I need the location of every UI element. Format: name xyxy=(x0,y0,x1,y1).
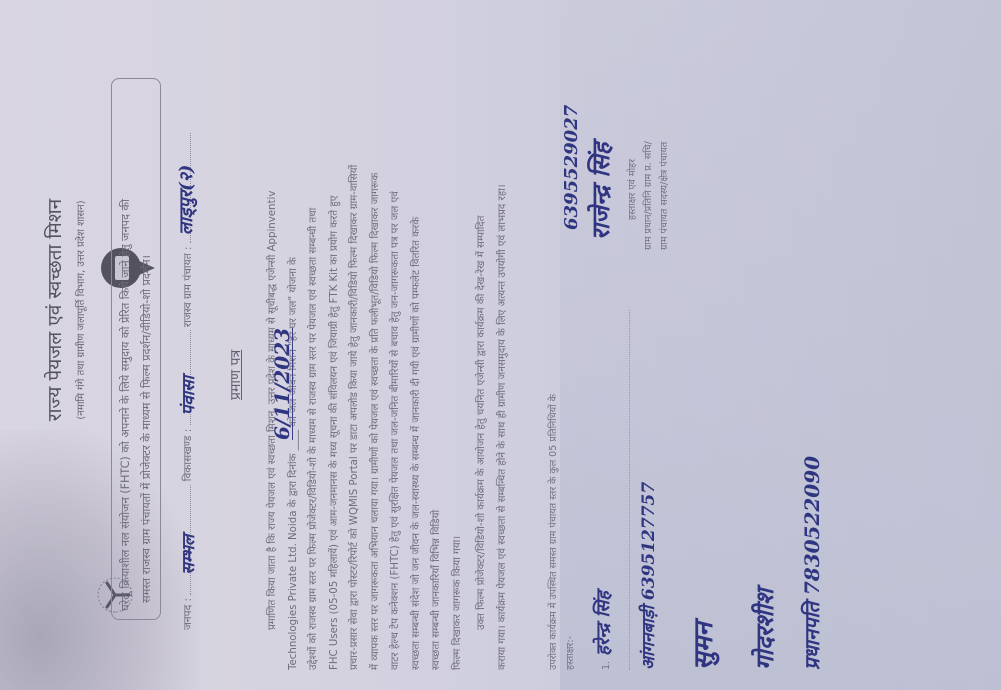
body-line: स्वच्छता सम्बन्धी संदेश जो जन जीवन के जल… xyxy=(407,20,428,670)
certificate-heading: प्रमाण पत्र xyxy=(226,350,245,400)
gram-panchayat-value: लाड्‌पुर(२) xyxy=(174,165,198,235)
body-line: Technologies Private Ltd. Noida के द्वार… xyxy=(284,20,305,670)
body-line: वाटर हेल्थ टेप कनेक्शन (FHTC) हेतु एवं स… xyxy=(386,20,407,670)
attendee-note: उपरोक्त कार्यक्रम में उपस्थित समस्त ग्रा… xyxy=(546,394,576,670)
attendee-name: सुमन xyxy=(689,622,719,670)
attendee-list: 1. हरेन्द्र सिंह आंगनबाड़ी 6395127757 सु… xyxy=(591,310,844,670)
attendee-name: हरेन्द्र सिंह xyxy=(593,591,614,656)
attendee-row: आंगनबाड़ी 6395127757 xyxy=(636,310,674,670)
signature-block: 6395529027 राजेन्द्र सिंह हस्ताक्षर एवं … xyxy=(561,20,670,250)
signature-caption-1: हस्ताक्षर एवं मोहर xyxy=(625,20,638,220)
attendee-row: सुमन xyxy=(684,310,734,670)
body-line: प्रचार-प्रसार सेवा द्वारा पोस्टर/रिपोर्ट… xyxy=(345,20,366,670)
signature-caption-3: ग्राम पंचायत सदस्य/क्षेत्र पंचायत xyxy=(657,20,670,250)
attendee-row: 1. हरेन्द्र सिंह xyxy=(591,310,630,670)
signatory-name: राजेन्द्र सिंह xyxy=(584,20,617,240)
signatory-phone: 6395529027 xyxy=(561,20,582,230)
certificate-body: प्रमाणित किया जाता है कि राज्य पेयजल एवं… xyxy=(263,20,513,670)
body-line: उक्त फिल्म प्रोजेक्टर/विडियो-शो कार्यक्र… xyxy=(472,20,493,670)
body-line: फिल्म दिखाकर जागरूक किया गया। xyxy=(448,20,469,670)
gram-panchayat-label: राजस्व ग्राम पंचायत : xyxy=(182,246,194,327)
district-value: सम्भल xyxy=(176,535,199,575)
body-line: FHC Users (05-05 महिलायें) एवं आम-जनमानस… xyxy=(325,20,346,670)
event-date: 6/11/2023 xyxy=(272,328,294,440)
attendee-name: गोदरशीश xyxy=(750,589,779,670)
attendee-row: गोदरशीश xyxy=(748,310,794,670)
org-subtitle: (नमामि गंगे तथा ग्रामीण जलापूर्ति विभाग,… xyxy=(73,10,87,610)
body-line: कराया गया। कार्यक्रम पेयजल एवं स्वच्छता … xyxy=(493,20,514,670)
location-fields: जनपद : सम्भल विकासखण्ड : पंवासा राजस्व ग… xyxy=(181,30,195,630)
subject-line-1: घरेलू क्रियाशील नल संयोजन (FHTC) को अपना… xyxy=(118,199,133,611)
body-line: में व्यापक स्तर पर जागरूकता अभियान चलाया… xyxy=(366,20,387,670)
subject-line-2: समस्त राजस्व ग्राम पंचायतों में प्रोजेक्… xyxy=(139,255,154,603)
page-content: राज्य पेयजल एवं स्वच्छता मिशन (नमामि गंग… xyxy=(1,0,1001,690)
attendee-row: प्रधानपति 7830522090 xyxy=(798,310,844,670)
body-line: उद्देश्यों को राजस्व ग्राम स्तर पर फिल्म… xyxy=(304,20,325,670)
block-value: पंवासा xyxy=(176,376,199,415)
body-line: स्वच्छता सम्बन्धी जानकारियाँ विभिन्न विड… xyxy=(427,20,448,670)
attendee-name: आंगनबाड़ी 6395127757 xyxy=(639,482,659,670)
signature-caption-2: ग्राम प्रधान/प्रतिनि ग्राम प्र. सचि/ xyxy=(641,20,654,250)
attendee-name: प्रधानपति 7830522090 xyxy=(800,456,824,670)
org-title: राज्य पेयजल एवं स्वच्छता मिशन xyxy=(41,10,67,610)
district-label: जनपद : xyxy=(182,598,194,630)
block-label: विकासखण्ड : xyxy=(182,429,194,482)
certificate-page: राज्य पेयजल एवं स्वच्छता मिशन (नमामि गंग… xyxy=(0,0,1001,690)
subject-box: घरेलू क्रियाशील नल संयोजन (FHTC) को अपना… xyxy=(111,78,161,620)
